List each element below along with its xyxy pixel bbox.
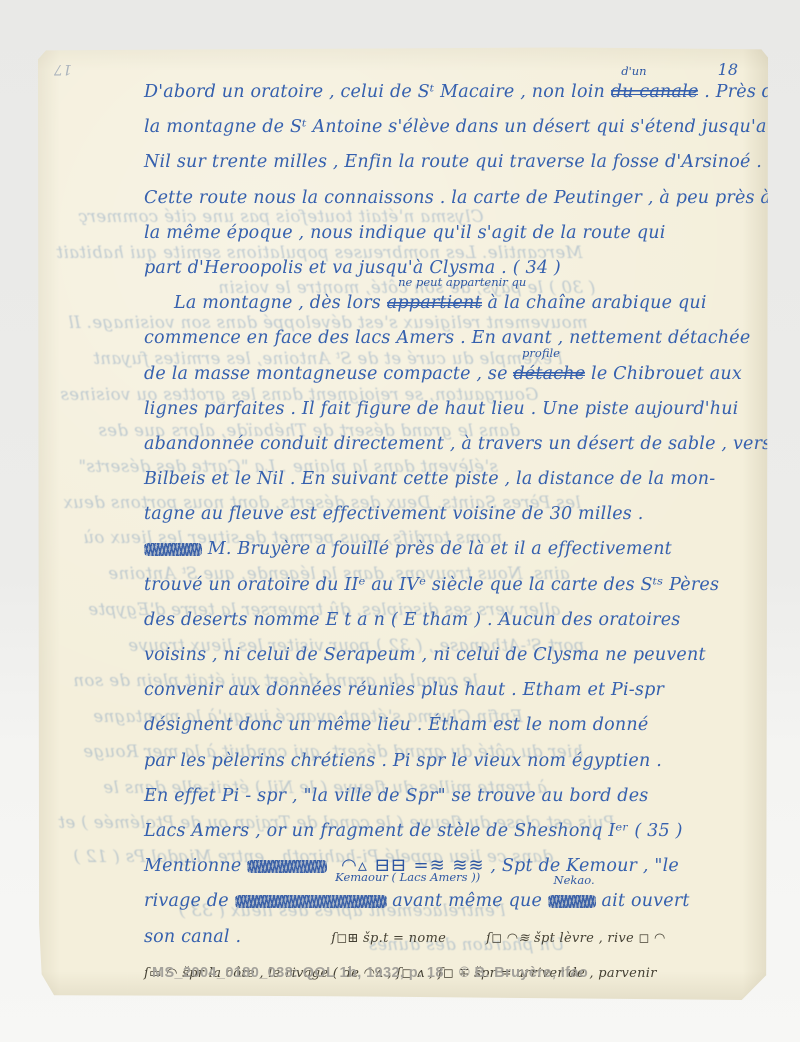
- annotated-run: du canaled'un: [611, 77, 699, 107]
- manuscript-line: M. Bruyère a fouillé près de là et il a …: [144, 534, 784, 569]
- manuscript-line: désignent donc un même lieu . Étham est …: [144, 710, 784, 745]
- handwritten-body: D'abord un oratoire , celui de Sᵗ Macair…: [144, 77, 784, 992]
- manuscript-line: tagne au fleuve est effectivement voisin…: [144, 499, 784, 534]
- annotated-run: ◠▵ ⊟⊟ =≋ ≋≋Kemaour ( Lacs Amers )): [341, 851, 484, 881]
- manuscript-page: Clysma n'était toutefois pas une cité co…: [38, 47, 768, 1000]
- manuscript-line: En effet Pi - spr , "la ville de Spr" se…: [144, 781, 784, 816]
- manuscript-line: son canal .ſ◻⊞ šp.t = nomeſ◻ ◠≋ špt lèvr…: [144, 922, 784, 957]
- ink-scribble: [247, 860, 327, 873]
- spacer: [241, 941, 331, 942]
- handwritten-text: . Près de là: [698, 82, 800, 102]
- handwritten-text: rivage de: [144, 891, 235, 911]
- handwritten-text: Mentionne: [144, 856, 247, 876]
- hieroglyph-annotation: ſ◻⊞ šp.t = nome: [331, 931, 446, 946]
- handwritten-text: par les pèlerins chrétiens . Pi spr le v…: [144, 751, 662, 771]
- handwritten-text: commence en face des lacs Amers . En ava…: [144, 328, 750, 348]
- annotated-run: détacheprofile: [513, 359, 585, 389]
- handwritten-text: son canal .: [144, 927, 241, 947]
- interline-insertion: Nekao.: [554, 875, 595, 886]
- struck-out-text: du canale: [611, 82, 699, 102]
- handwritten-text: La montagne , dès lors: [174, 293, 387, 313]
- handwritten-text: convenir aux données réunies plus haut .…: [144, 680, 664, 700]
- manuscript-line: convenir aux données réunies plus haut .…: [144, 675, 784, 710]
- interline-insertion: profile: [522, 348, 560, 359]
- caption-reference: MS_2004_0180_038: QOL 1b, 1932, p. 18: [152, 965, 444, 981]
- manuscript-line: abandonnée conduit directement , à trave…: [144, 429, 784, 464]
- handwritten-text: Bilbeis et le Nil . En suivant cette pis…: [144, 469, 715, 489]
- handwritten-text: M. Bruyère a fouillé près de là et il a …: [202, 539, 672, 559]
- manuscript-line: voisins , ni celui de Serapeum , ni celu…: [144, 640, 784, 675]
- interline-note: Kemaour ( Lacs Amers )): [335, 872, 480, 883]
- handwritten-text: de la masse montagneuse compacte , se: [144, 364, 513, 384]
- handwritten-text: la montagne de Sᵗ Antoine s'élève dans u…: [144, 117, 778, 137]
- handwritten-text: Nil sur trente milles , Enfin la route q…: [144, 152, 762, 172]
- handwritten-text: le Chibrouet aux: [585, 364, 742, 384]
- corner-pencil-mark: 17: [54, 61, 72, 77]
- manuscript-line: trouvé un oratoire du IIᵉ au IVᵉ siècle …: [144, 570, 784, 605]
- manuscript-line: La montagne , dès lors appartientne peut…: [144, 288, 784, 323]
- manuscript-line: D'abord un oratoire , celui de Sᵗ Macair…: [144, 77, 784, 112]
- handwritten-text: D'abord un oratoire , celui de Sᵗ Macair…: [144, 82, 611, 102]
- handwritten-text: tagne au fleuve est effectivement voisin…: [144, 504, 644, 524]
- handwritten-text: voisins , ni celui de Serapeum , ni celu…: [144, 645, 706, 665]
- handwritten-text: abandonnée conduit directement , à trave…: [144, 434, 771, 454]
- handwritten-text: désignent donc un même lieu . Étham est …: [144, 715, 648, 735]
- manuscript-line: la même époque , nous indique qu'il s'ag…: [144, 218, 784, 253]
- manuscript-line: Cette route nous la connaissons . la car…: [144, 183, 784, 218]
- handwritten-text: Lacs Amers , or un fragment de stèle de …: [144, 821, 683, 841]
- manuscript-line: rivage de avant même que Nekao. ait ouve…: [144, 886, 784, 921]
- hieroglyph-annotation: ſ◻ ◠≋ špt lèvre , rive ◻ ◠: [486, 931, 666, 946]
- manuscript-line: la montagne de Sᵗ Antoine s'élève dans u…: [144, 112, 784, 147]
- handwritten-text: des deserts nomme E t a n ( E tham ) . A…: [144, 610, 680, 630]
- manuscript-line: des deserts nomme E t a n ( E tham ) . A…: [144, 605, 784, 640]
- manuscript-line: lignes parfaites . Il fait figure de hau…: [144, 394, 784, 429]
- ink-scribble: [144, 543, 202, 556]
- handwritten-text: la même époque , nous indique qu'il s'ag…: [144, 223, 666, 243]
- scanned-page: Clysma n'était toutefois pas une cité co…: [0, 0, 800, 1042]
- manuscript-line: de la masse montagneuse compacte , se dé…: [144, 359, 784, 394]
- handwritten-text: avant même que: [387, 891, 548, 911]
- struck-out-text: détache: [513, 364, 585, 384]
- manuscript-line: commence en face des lacs Amers . En ava…: [144, 323, 784, 358]
- interline-insertion: d'un: [621, 66, 646, 77]
- annotated-run: appartientne peut appartenir qu: [387, 288, 482, 318]
- manuscript-line: par les pèlerins chrétiens . Pi spr le v…: [144, 746, 784, 781]
- manuscript-line: Bilbeis et le Nil . En suivant cette pis…: [144, 464, 784, 499]
- handwritten-text: Cette route nous la connaissons . la car…: [144, 188, 771, 208]
- manuscript-line: Nil sur trente milles , Enfin la route q…: [144, 147, 784, 182]
- spacer: [446, 941, 486, 942]
- ink-scribble: [548, 895, 596, 908]
- ink-scribble: [235, 895, 387, 908]
- struck-out-text: appartient: [387, 293, 482, 313]
- handwritten-text: En effet Pi - spr , "la ville de Spr" se…: [144, 786, 648, 806]
- manuscript-line: Mentionne ◠▵ ⊟⊟ =≋ ≋≋Kemaour ( Lacs Amer…: [144, 851, 784, 886]
- handwritten-text: trouvé un oratoire du IIᵉ au IVᵉ siècle …: [144, 575, 719, 595]
- annotated-run: Nekao.: [548, 886, 596, 916]
- interline-insertion: ne peut appartenir qu: [398, 277, 526, 288]
- handwritten-text: lignes parfaites . Il fait figure de hau…: [144, 399, 738, 419]
- caption-copyright: © B. Bruyère, Ifao: [459, 965, 588, 981]
- handwritten-text: à la chaîne arabique qui: [482, 293, 707, 313]
- handwritten-text: ait ouvert: [596, 891, 690, 911]
- manuscript-line: Lacs Amers , or un fragment de stèle de …: [144, 816, 784, 851]
